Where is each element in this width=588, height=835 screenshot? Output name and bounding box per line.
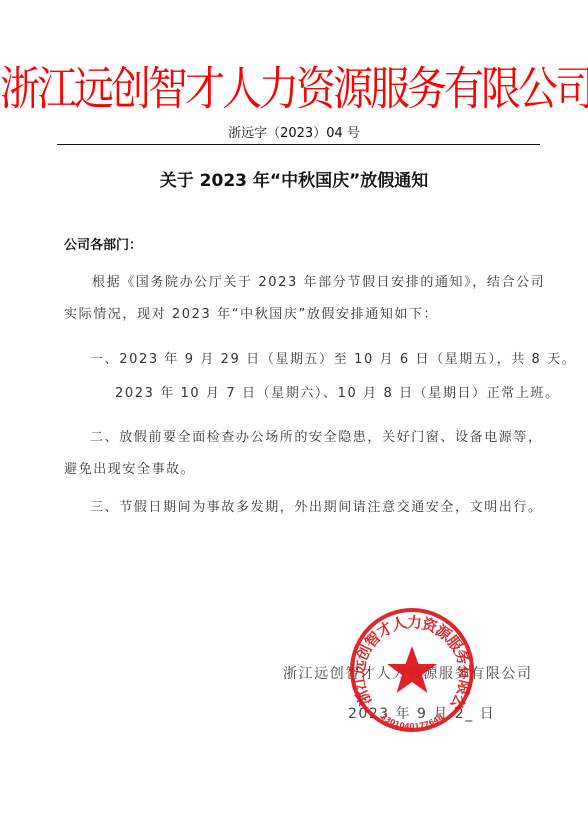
company-letterhead-title: 浙江远创智才人力资源服务有限公司 [0,62,588,117]
paragraph-item-3: 三、节假日期间为事故多发期，外出期间请注意交通安全，文明出行。 [90,500,543,516]
star-icon [387,646,437,693]
paragraph-intro-line2: 实际情况，现对 2023 年“中秋国庆”放假安排通知如下： [64,307,438,323]
header-divider [57,144,540,145]
svg-text:3301040177648: 3301040177648 [379,712,445,731]
stamp-serial: 3301040177648 [379,712,445,731]
paragraph-intro-line1: 根据《国务院办公厅关于 2023 年部分节假日安排的通知》，结合公司 [92,275,545,291]
document-number: 浙远字（2023）04 号 [0,126,588,142]
paragraph-item-2-line2: 避免出现安全事故。 [64,462,195,478]
salutation: 公司各部门： [64,234,142,253]
paragraph-item-2-line1: 二、放假前要全面检查办公场所的安全隐患，关好门窗、设备电源等， [90,430,543,446]
company-seal-stamp: 浙江远创智才人力资源服务有限公司 3301040177648 [348,606,476,734]
paragraph-item-1: 一、2023 年 9 月 29 日（星期五）至 10 月 6 日（星期五），共 … [90,352,576,368]
document-page: 浙江远创智才人力资源服务有限公司 浙远字（2023）04 号 关于 2023 年… [0,0,588,835]
paragraph-item-1-workdays: 2023 年 10 月 7 日（星期六）、10 月 8 日（星期日）正常上班。 [115,386,560,402]
notice-heading: 关于 2023 年“中秋国庆”放假通知 [0,170,588,192]
